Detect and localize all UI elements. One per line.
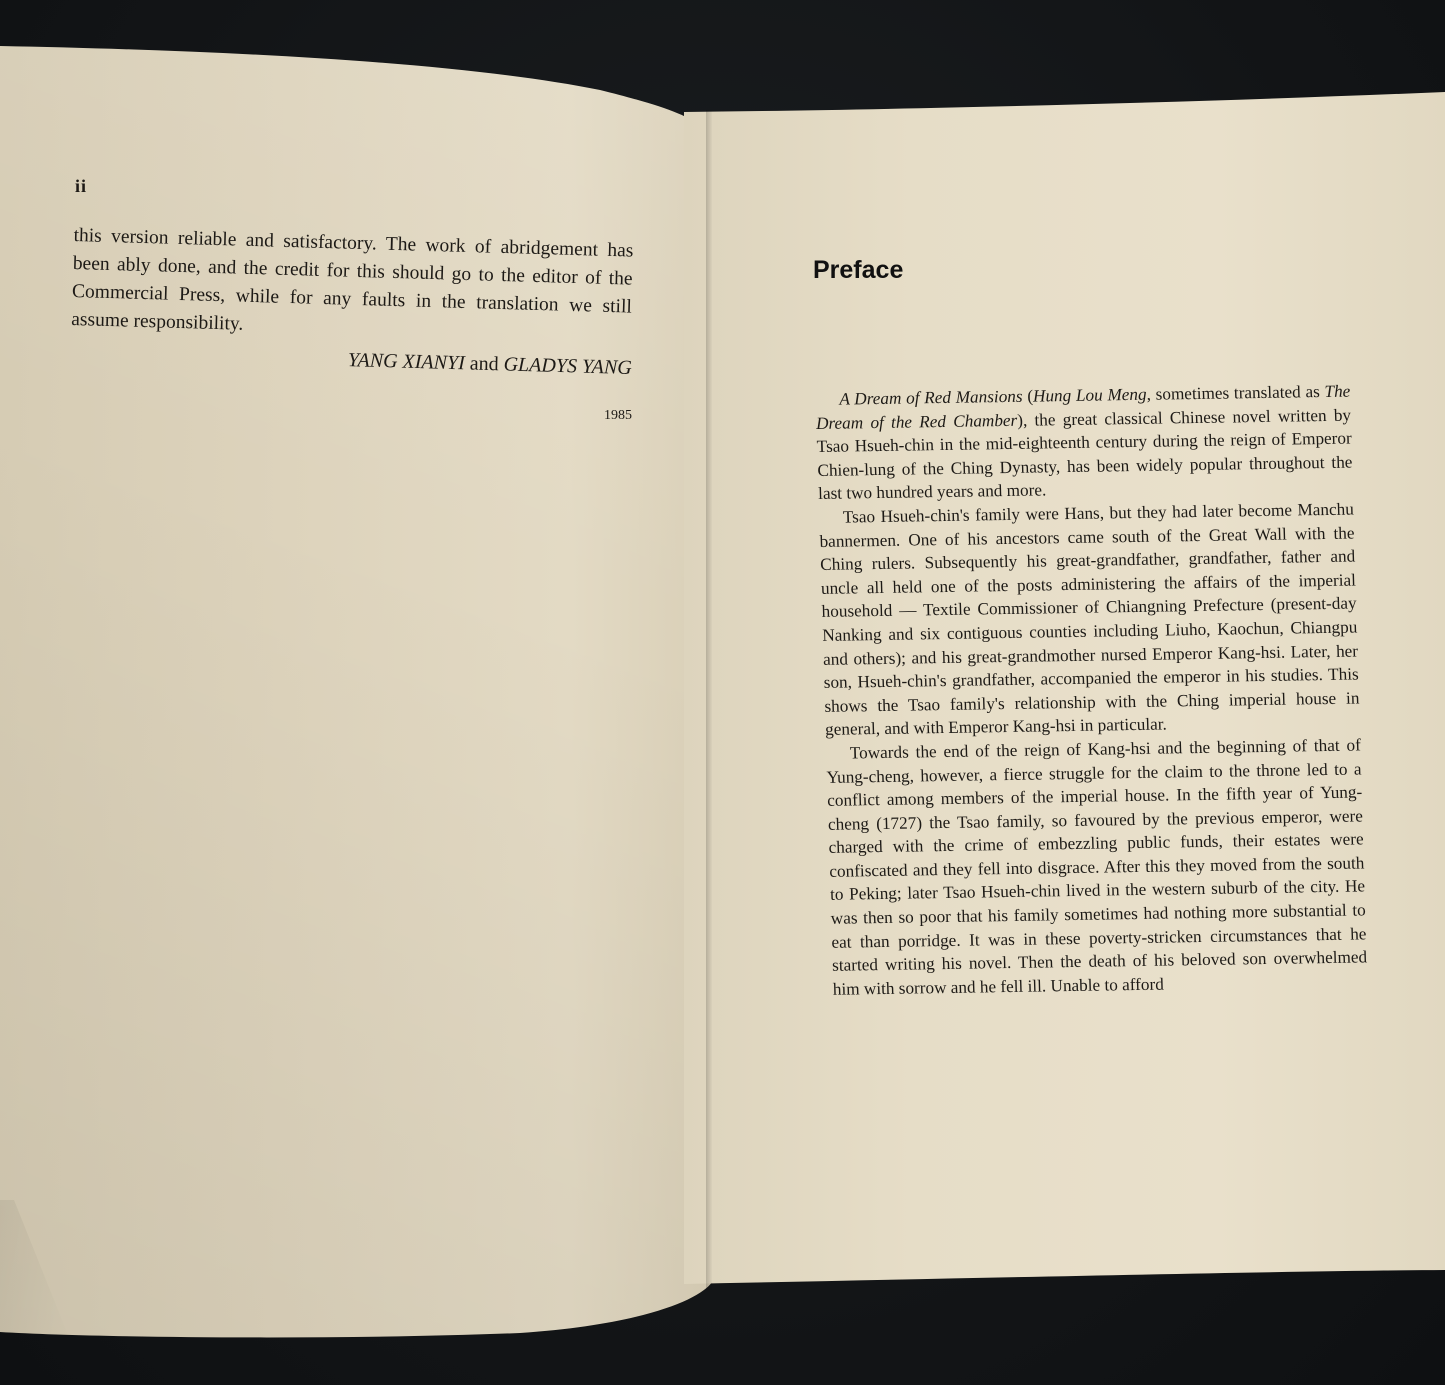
left-page [0, 0, 712, 1385]
text-segment: , sometimes translated as [1146, 382, 1324, 404]
preface-paragraph-3: Towards the end of the reign of Kang-hsi… [826, 733, 1369, 1001]
signature-conjunction: and [469, 352, 498, 375]
preface-paragraph-2: Tsao Hsueh-chin's family were Hans, but … [819, 498, 1361, 742]
book-gutter [706, 110, 712, 1290]
preface-paragraph-1: A Dream of Red Mansions (Hung Lou Meng, … [815, 380, 1353, 506]
signature-year: 1985 [560, 408, 632, 424]
text-segment: ( [1022, 387, 1033, 406]
closing-paragraph: this version reliable and satisfactory. … [71, 222, 634, 350]
page-number: ii [75, 176, 87, 197]
chinese-title-italic: Hung Lou Meng [1033, 385, 1147, 406]
left-page-body: this version reliable and satisfactory. … [71, 222, 634, 350]
preface-body: A Dream of Red Mansions (Hung Lou Meng, … [815, 380, 1368, 1002]
page-title: Preface [813, 256, 903, 285]
signature-name-2: GLADYS YANG [503, 353, 632, 379]
page-shading [0, 0, 712, 1385]
book-title-italic: A Dream of Red Mansions [839, 387, 1023, 409]
signature-name-1: YANG XIANYI [348, 349, 466, 374]
